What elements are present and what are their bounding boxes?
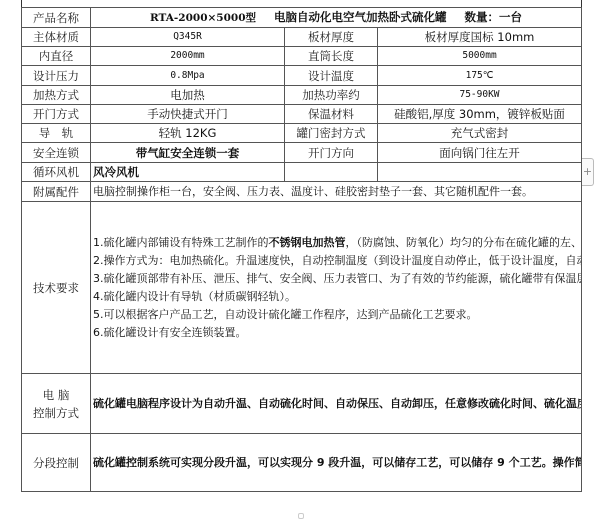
spec-value: 风冷风机: [91, 163, 285, 182]
product-model: RTA-2000×5000型: [150, 12, 256, 24]
spec-value: 175℃: [378, 66, 582, 86]
spec-label: 开门方向: [285, 143, 378, 163]
tech-item-4: 4.硫化罐内设计有导轨（材质碳钢轻轨）。: [93, 288, 579, 306]
accessories-label: 附属配件: [22, 182, 91, 202]
tech-item-bold: 不锈钢电加热管: [269, 236, 346, 249]
accessories-row: 附属配件 电脑控制操作柜一台，安全阀、压力表、温度计、硅胶密封垫子一套、其它随机…: [22, 182, 582, 202]
table-row: 导 轨 轻轨 12KG 罐门密封方式 充气式密封: [22, 124, 582, 143]
product-name-label: 产品名称: [22, 8, 91, 28]
tech-item-3: 3.硫化罐顶部带有补压、泄压、排气、安全阀、压力表管口、为了有效的节约能源，硫化…: [93, 270, 579, 288]
spec-value: 75-90KW: [378, 86, 582, 105]
tech-item-5: 5.可以根据客户产品工艺，自动设计硫化罐工作程序，达到产品硫化工艺要求。: [93, 306, 579, 324]
product-quantity: 数量：一台: [465, 10, 523, 24]
control-mode-label-line2: 控制方式: [24, 404, 88, 422]
spec-value: [378, 163, 582, 182]
tech-item-6: 6.硫化罐设计有安全连锁装置。: [93, 324, 579, 342]
page-indicator-dot: [298, 513, 304, 519]
table-row: 加热方式 电加热 加热功率约 75-90KW: [22, 86, 582, 105]
tech-item-text: ，（防腐蚀、防氧化）均匀的分布在硫化罐的左、右两侧，硫化罐带有专用的循环通风通道…: [346, 236, 582, 249]
spec-value: 硅酸铝,厚度 30mm，镀锌板贴面: [378, 105, 582, 124]
table-row: 设计压力 0.8Mpa 设计温度 175℃: [22, 66, 582, 86]
spec-label: 设计压力: [22, 66, 91, 86]
tech-item-text: 1.硫化罐内部铺设有特殊工艺制作的: [93, 236, 269, 249]
control-mode-label-line1: 电 脑: [24, 386, 88, 404]
product-row: 产品名称 RTA-2000×5000型电脑自动化电空气加热卧式硫化罐数量：一台: [22, 8, 582, 28]
spec-value: 充气式密封: [378, 124, 582, 143]
segment-control-label: 分段控制: [22, 434, 91, 492]
spec-label: 板材厚度: [285, 28, 378, 47]
spec-value: 2000mm: [91, 47, 285, 66]
spec-value: 带气缸安全连锁一套: [91, 143, 285, 163]
control-mode-label: 电 脑 控制方式: [22, 374, 91, 434]
table-top-edge: [21, 0, 582, 7]
spec-value: 板材厚度国标 10mm: [378, 28, 582, 47]
tech-item-2: 2.操作方式为：电加热硫化。升温速度快，自动控制温度（到设计温度自动停止，低于设…: [93, 252, 579, 270]
spec-label: 直筒长度: [285, 47, 378, 66]
tech-item-1: 1.硫化罐内部铺设有特殊工艺制作的不锈钢电加热管，（防腐蚀、防氧化）均匀的分布在…: [93, 234, 579, 252]
spec-label: 保温材料: [285, 105, 378, 124]
spec-value: 面向锅门往左开: [378, 143, 582, 163]
add-button[interactable]: +: [582, 158, 594, 186]
table-row: 内直径 2000mm 直筒长度 5000mm: [22, 47, 582, 66]
spec-value: 电加热: [91, 86, 285, 105]
spec-value: 0.8Mpa: [91, 66, 285, 86]
table-row: 开门方式 手动快捷式开门 保温材料 硅酸铝,厚度 30mm，镀锌板贴面: [22, 105, 582, 124]
tech-requirements-row: 技术要求 1.硫化罐内部铺设有特殊工艺制作的不锈钢电加热管，（防腐蚀、防氧化）均…: [22, 202, 582, 374]
spec-label: [285, 163, 378, 182]
spec-label: 加热方式: [22, 86, 91, 105]
table-row: 循环风机 风冷风机: [22, 163, 582, 182]
tech-requirements-text: 1.硫化罐内部铺设有特殊工艺制作的不锈钢电加热管，（防腐蚀、防氧化）均匀的分布在…: [91, 202, 582, 374]
spec-table: 产品名称 RTA-2000×5000型电脑自动化电空气加热卧式硫化罐数量：一台 …: [21, 7, 582, 492]
segment-control-row: 分段控制 硫化罐控制系统可实现分段升温，可以实现分 9 段升温，可以储存工艺，可…: [22, 434, 582, 492]
product-name: 电脑自动化电空气加热卧式硫化罐: [274, 10, 447, 24]
spec-label: 开门方式: [22, 105, 91, 124]
spec-label: 安全连锁: [22, 143, 91, 163]
control-mode-text: 硫化罐电脑程序设计为自动升温、自动硫化时间、自动保压、自动卸压，任意修改硫化时间…: [91, 374, 582, 434]
segment-control-text: 硫化罐控制系统可实现分段升温，可以实现分 9 段升温，可以储存工艺，可以储存 9…: [91, 434, 582, 492]
spec-label: 设计温度: [285, 66, 378, 86]
spec-label: 内直径: [22, 47, 91, 66]
spec-value: 5000mm: [378, 47, 582, 66]
control-mode-row: 电 脑 控制方式 硫化罐电脑程序设计为自动升温、自动硫化时间、自动保压、自动卸压…: [22, 374, 582, 434]
spec-label: 主体材质: [22, 28, 91, 47]
spec-value-text: 板材厚度国标 10mm: [425, 30, 535, 44]
table-row: 主体材质 Q345R 板材厚度 板材厚度国标 10mm: [22, 28, 582, 47]
spec-value: 手动快捷式开门: [91, 105, 285, 124]
table-row: 安全连锁 带气缸安全连锁一套 开门方向 面向锅门往左开: [22, 143, 582, 163]
accessories-text: 电脑控制操作柜一台，安全阀、压力表、温度计、硅胶密封垫子一套、其它随机配件一套。: [91, 182, 582, 202]
product-title: RTA-2000×5000型电脑自动化电空气加热卧式硫化罐数量：一台: [91, 8, 582, 28]
spec-value: 轻轨 12KG: [91, 124, 285, 143]
spec-label: 导 轨: [22, 124, 91, 143]
spec-value: Q345R: [91, 28, 285, 47]
spec-label: 加热功率约: [285, 86, 378, 105]
spec-label: 罐门密封方式: [285, 124, 378, 143]
spec-label: 循环风机: [22, 163, 91, 182]
tech-requirements-label: 技术要求: [22, 202, 91, 374]
